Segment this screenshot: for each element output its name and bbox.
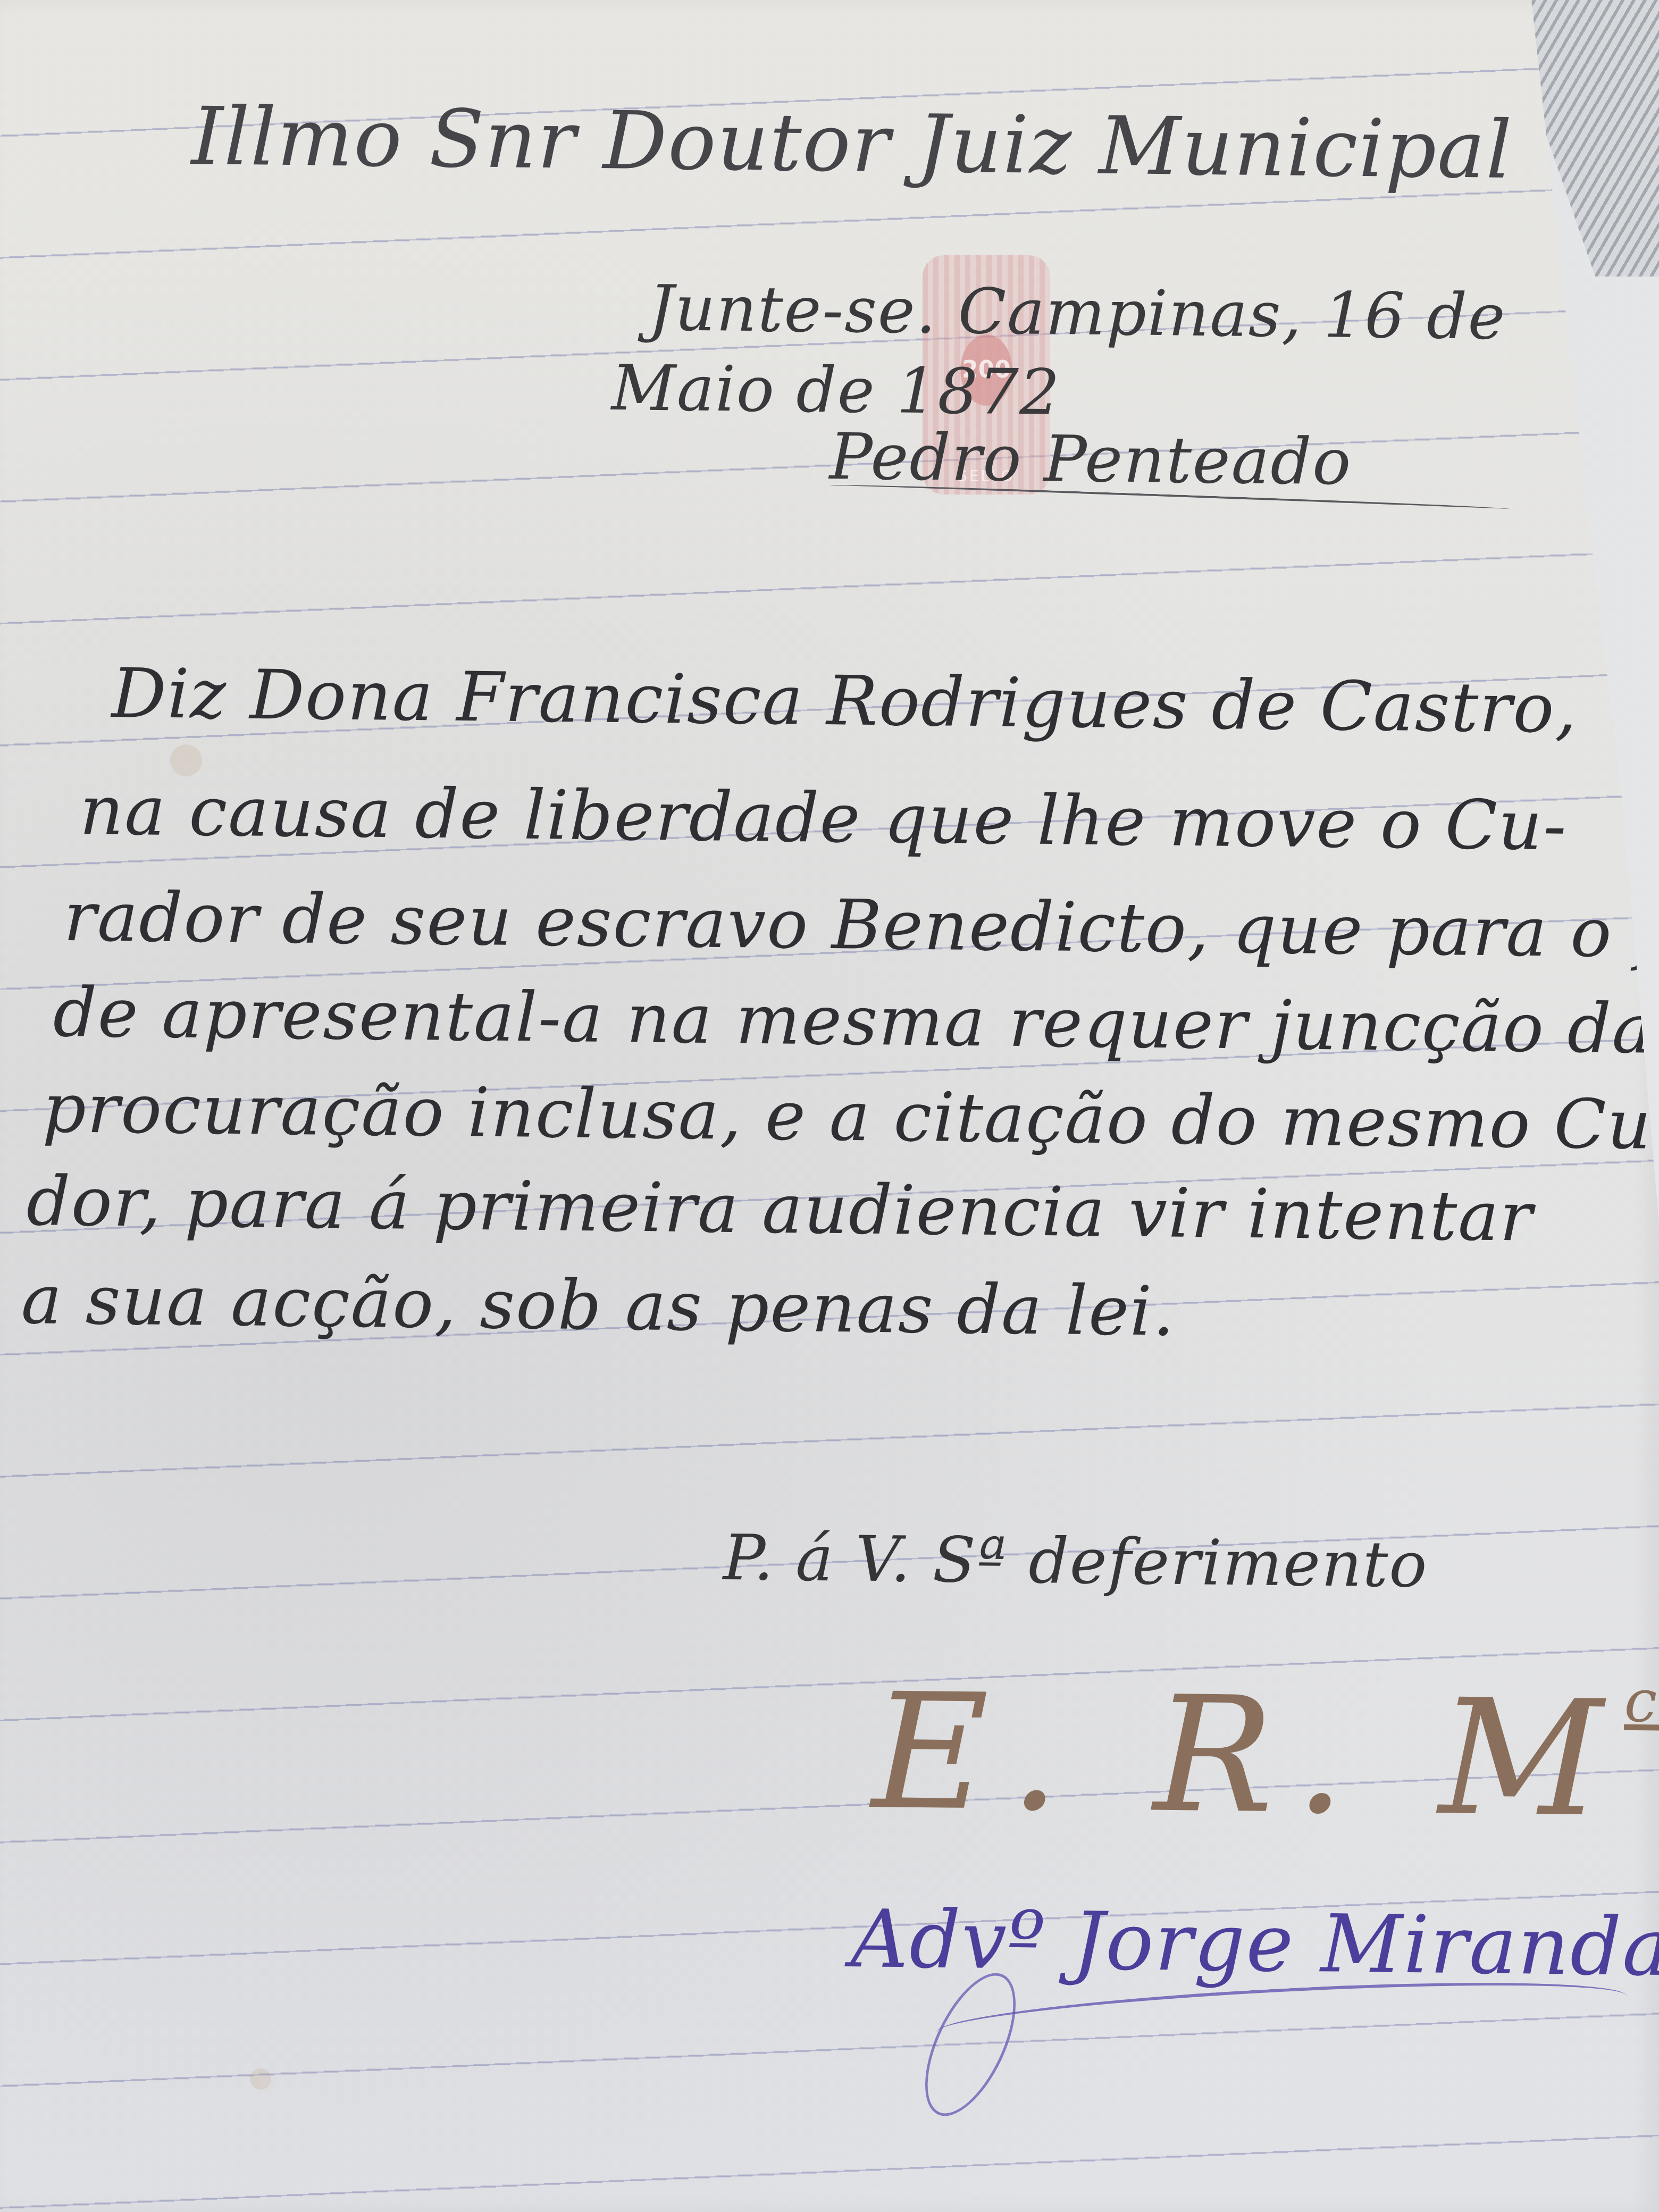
body-line: dor, para á primeira audiencia vir inten… — [26, 1162, 1534, 1257]
body-line: a sua acção, sob as penas da lei. — [21, 1260, 1176, 1352]
body-line: rador de seu escravo Benedicto, que para… — [63, 877, 1659, 974]
closing-formula: P. á V. Sª deferimento — [723, 1521, 1428, 1602]
document-page: Illmo Snr Doutor Juiz Municipal 200 SELL… — [0, 0, 1659, 2212]
dispatch-place-date: Junte-se. Campinas, 16 de — [648, 271, 1506, 354]
initials-superscript: cê — [1624, 1667, 1659, 1736]
body-line: Diz Dona Francisca Rodrigues de Castro, — [111, 654, 1578, 749]
dispatch-date: Maio de 1872 — [611, 351, 1061, 429]
body-line: na causa de liberdade que lhe move o Cu- — [79, 771, 1568, 866]
body-line: procuração inclusa, e a citação do mesmo… — [42, 1069, 1659, 1166]
paper-stain — [250, 2068, 271, 2090]
formula-initials: E. R. Mcê — [871, 1659, 1659, 1853]
body-line: de apresental-a na mesma requer juncção … — [53, 973, 1654, 1069]
salutation: Illmo Snr Doutor Juiz Municipal — [191, 90, 1513, 197]
lawyer-signature: Advº Jorge Miranda — [850, 1893, 1659, 1994]
initials-text: E. R. M — [871, 1659, 1624, 1853]
